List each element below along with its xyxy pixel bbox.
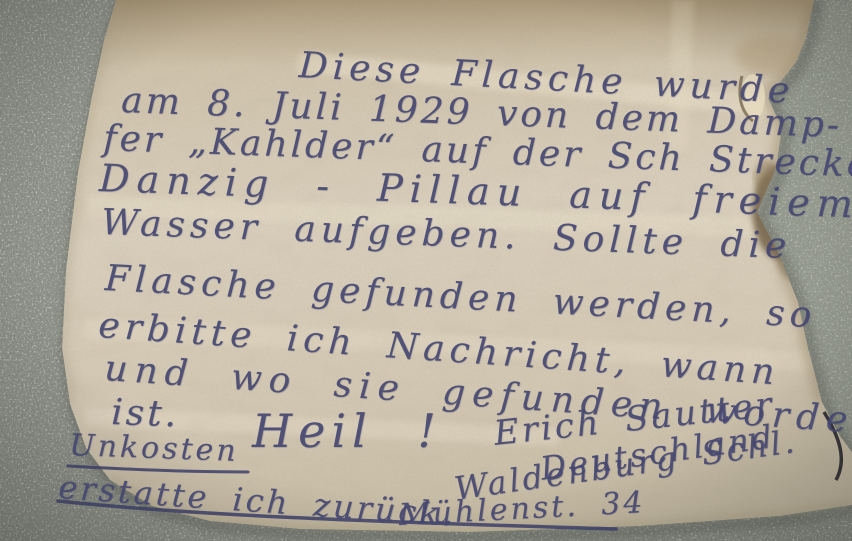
handwriting-line: Unkosten	[69, 428, 239, 469]
handwriting-line: Heil !	[252, 404, 442, 458]
photo-message-in-bottle-letter: Diese Flasche wurde am 8. Juli 1929 von …	[0, 0, 852, 541]
